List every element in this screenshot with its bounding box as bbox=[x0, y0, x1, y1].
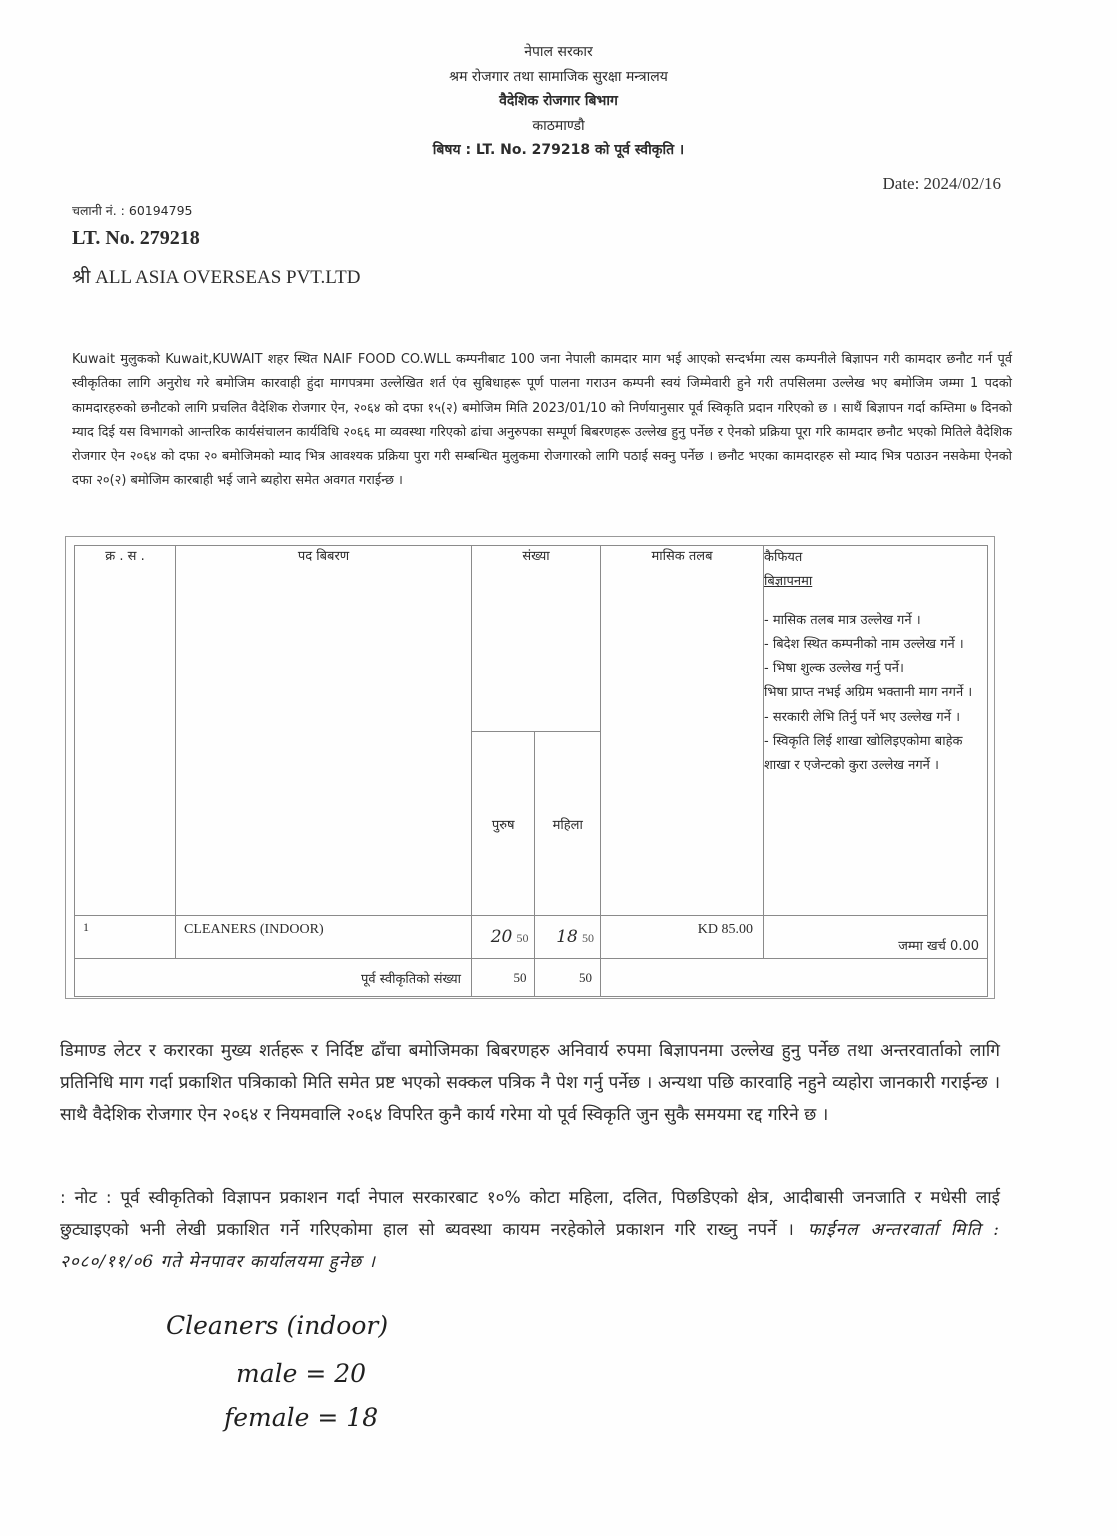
note-paragraph: : नोट : पूर्व स्वीकृतिको विज्ञापन प्रकाश… bbox=[60, 1183, 1000, 1278]
female-handwritten: 18 bbox=[556, 927, 578, 947]
row-male: 20 50 bbox=[472, 916, 535, 959]
handwritten-position: Cleaners (indoor) bbox=[166, 1311, 388, 1340]
remarks-line: - स्विकृति लिई शाखा खोलिइएकोमा बाहेक शाख… bbox=[764, 730, 987, 779]
conditions-paragraph: डिमाण्ड लेटर र करारका मुख्य शर्तहरू र नि… bbox=[60, 1036, 1000, 1131]
approval-table: क्र . स . पद बिबरण संख्या मासिक तलब कैफि… bbox=[74, 545, 988, 997]
row-salary: KD 85.00 bbox=[601, 916, 764, 959]
male-printed: 50 bbox=[516, 931, 528, 945]
header-female: महिला bbox=[535, 732, 601, 916]
handwritten-female-count: female = 18 bbox=[224, 1403, 378, 1432]
female-printed: 50 bbox=[582, 931, 594, 945]
row-female: 18 50 bbox=[535, 916, 601, 959]
letterhead: नेपाल सरकार श्रम रोजगार तथा सामाजिक सुरक… bbox=[0, 40, 1117, 163]
body-paragraph: Kuwait मुलुकको Kuwait,KUWAIT शहर स्थित N… bbox=[72, 348, 1012, 494]
remarks-subtitle: बिज्ञापनमा bbox=[764, 570, 987, 594]
department-name: वैदेशिक रोजगार बिभाग bbox=[0, 89, 1117, 114]
subject-line: बिषय : LT. No. 279218 को पूर्व स्वीकृति … bbox=[0, 138, 1117, 163]
remarks-cell: कैफियत बिज्ञापनमा - मासिक तलब मात्र उल्ल… bbox=[764, 546, 988, 916]
header-male: पुरुष bbox=[472, 732, 535, 916]
total-female: 50 bbox=[535, 959, 601, 997]
remarks-line: भिषा प्राप्त नभई अग्रिम भक्तानी माग नगर्… bbox=[764, 681, 987, 705]
row-position: CLEANERS (INDOOR) bbox=[176, 916, 472, 959]
table-row: 1 CLEANERS (INDOOR) 20 50 18 50 KD 85.00… bbox=[75, 916, 988, 959]
total-label: पूर्व स्वीकृतिको संख्या bbox=[75, 959, 472, 997]
handwritten-male-count: male = 20 bbox=[236, 1359, 366, 1388]
header-serial: क्र . स . bbox=[75, 546, 176, 916]
lt-number: LT. No. 279218 bbox=[72, 227, 200, 250]
header-salary: मासिक तलब bbox=[601, 546, 764, 916]
row-remarks: जम्मा खर्च 0.00 bbox=[764, 916, 988, 959]
row-serial: 1 bbox=[75, 916, 176, 959]
government-name: नेपाल सरकार bbox=[0, 40, 1117, 65]
dispatch-number: चलानी नं. : 60194795 bbox=[72, 202, 193, 219]
header-remarks: कैफियत bbox=[764, 546, 987, 570]
ministry-name: श्रम रोजगार तथा सामाजिक सुरक्षा मन्त्राल… bbox=[0, 65, 1117, 90]
male-handwritten: 20 bbox=[491, 927, 513, 947]
total-male: 50 bbox=[472, 959, 535, 997]
remarks-line: - भिषा शुल्क उल्लेख गर्नु पर्ने। bbox=[764, 657, 987, 681]
remarks-line: - सरकारी लेभि तिर्नु पर्ने भए उल्लेख गर्… bbox=[764, 706, 987, 730]
remarks-line: - मासिक तलब मात्र उल्लेख गर्ने । bbox=[764, 609, 987, 633]
location: काठमाण्डौ bbox=[0, 114, 1117, 139]
letter-date: Date: 2024/02/16 bbox=[882, 174, 1001, 194]
total-empty bbox=[601, 959, 988, 997]
total-row: पूर्व स्वीकृतिको संख्या 50 50 bbox=[75, 959, 988, 997]
remarks-line: - बिदेश स्थित कम्पनीको नाम उल्लेख गर्ने … bbox=[764, 633, 987, 657]
header-count: संख्या bbox=[472, 546, 601, 732]
header-position: पद बिबरण bbox=[176, 546, 472, 916]
recipient-name: श्री ALL ASIA OVERSEAS PVT.LTD bbox=[72, 263, 360, 289]
